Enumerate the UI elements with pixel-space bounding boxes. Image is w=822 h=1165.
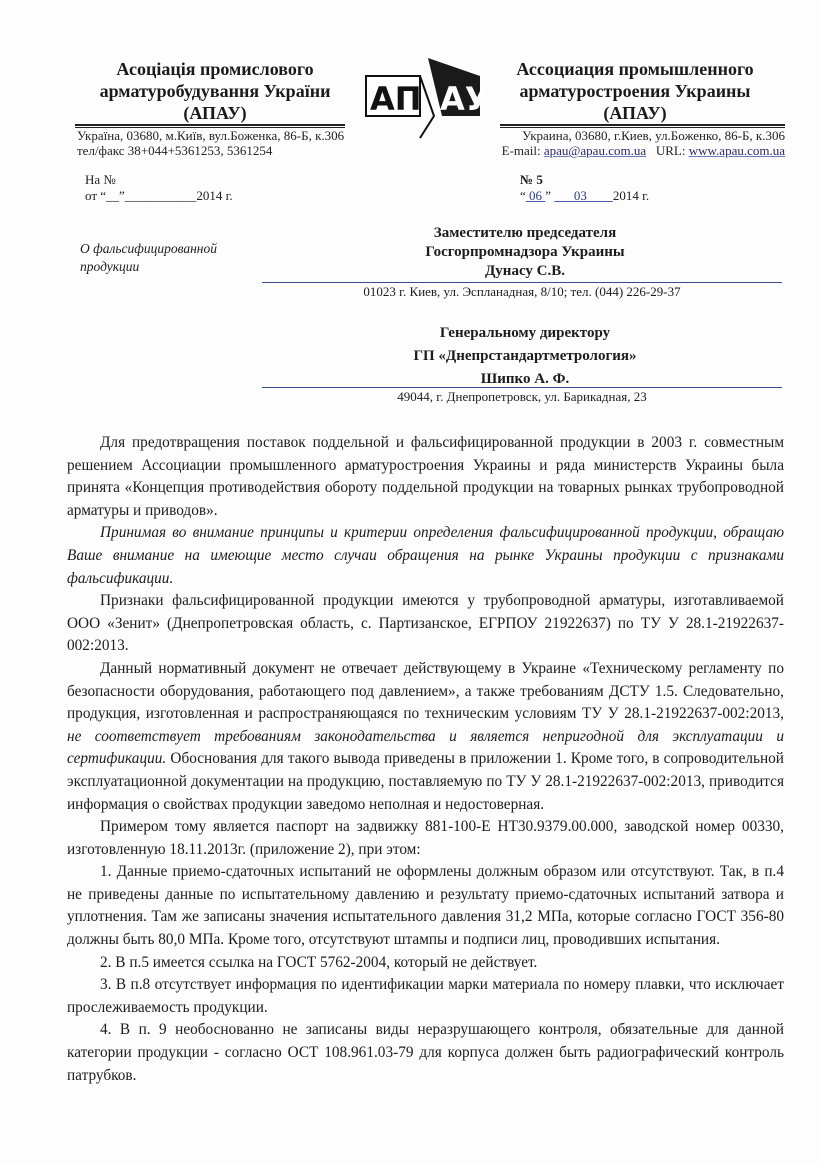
- address-line: Україна, 03680, м.Київ, вул.Боженка, 86-…: [77, 128, 407, 143]
- date-day: 06: [526, 188, 546, 203]
- svg-text:АУ: АУ: [440, 80, 482, 118]
- org-name-abbr: (АПАУ): [485, 102, 785, 124]
- addressee-2-address: 49044, г. Днепропетровск, ул. Барикадная…: [262, 389, 782, 404]
- body-paragraph: Для предотвращения поставок поддельной и…: [67, 432, 784, 522]
- org-name-line: Ассоциация промышленного: [485, 58, 785, 80]
- addressee-position: Заместителю председателя: [300, 224, 750, 243]
- addressee-organization: Госгорпромнадзора Украины: [300, 243, 750, 262]
- letter-subject: О фальсифицированной продукции: [80, 240, 260, 276]
- org-name-ukrainian: Асоціація промислового арматуробудування…: [60, 58, 370, 124]
- body-paragraph: Принимая во внимание принципы и критерии…: [67, 522, 784, 590]
- addressee-1: Заместителю председателя Госгорпромнадзо…: [300, 224, 750, 281]
- org-name-russian: Ассоциация промышленного арматуростроени…: [485, 58, 785, 124]
- phone-line: тел/факс 38+044+5361253, 5361254: [77, 143, 407, 158]
- addressee-1-address: 01023 г. Киев, ул. Эспланадная, 8/10; те…: [262, 284, 782, 299]
- incoming-date: от “__”___________2014 г.: [85, 188, 233, 204]
- addressee-position: Генеральному директору: [300, 322, 750, 345]
- body-paragraph: Данный нормативный документ не отвечает …: [67, 658, 784, 816]
- incoming-reference: На № от “__”___________2014 г.: [85, 172, 233, 204]
- outgoing-reference: № 5 “ 06 ” 03 2014 г.: [520, 172, 649, 204]
- outgoing-date: “ 06 ” 03 2014 г.: [520, 188, 649, 204]
- org-address-russian: Украина, 03680, г.Киев, ул.Боженко, 86-Б…: [480, 128, 785, 158]
- finding-item: 4. В п. 9 необоснованно не записаны виды…: [67, 1019, 784, 1087]
- outgoing-number: № 5: [520, 172, 649, 188]
- url-label: URL:: [656, 143, 686, 158]
- body-paragraph: Признаки фальсифицированной продукции им…: [67, 590, 784, 658]
- url-link[interactable]: www.apau.com.ua: [689, 143, 785, 158]
- incoming-number-label: На №: [85, 172, 233, 188]
- apau-logo: АП АУ: [362, 58, 482, 158]
- letter-body: Для предотвращения поставок поддельной и…: [67, 432, 784, 1087]
- org-name-line: арматуростроения Украины: [485, 80, 785, 102]
- addressee-2-divider: [262, 387, 782, 388]
- svg-text:АП: АП: [370, 80, 422, 118]
- org-name-line: арматуробудування України: [60, 80, 370, 102]
- address-line: Украина, 03680, г.Киев, ул.Боженко, 86-Б…: [480, 128, 785, 143]
- logo-icon: АП АУ: [362, 58, 482, 158]
- date-month: 03: [554, 188, 613, 203]
- contact-line: E-mail: apau@apau.com.ua URL: www.apau.c…: [480, 143, 785, 158]
- addressee-1-divider: [262, 282, 782, 283]
- finding-item: 3. В п.8 отсутствует информация по идент…: [67, 974, 784, 1019]
- org-name-line: Асоціація промислового: [60, 58, 370, 80]
- org-name-abbr: (АПАУ): [60, 102, 370, 124]
- addressee-person: Дунасу С.В.: [300, 262, 750, 281]
- finding-item: 2. В п.5 имеется ссылка на ГОСТ 5762-200…: [67, 952, 784, 975]
- addressee-2: Генеральному директору ГП «Днепрстандарт…: [300, 322, 750, 391]
- email-label: E-mail:: [502, 143, 541, 158]
- finding-item: 1. Данные приемо-сдаточных испытаний не …: [67, 861, 784, 951]
- body-paragraph: Примером тому является паспорт на задвиж…: [67, 816, 784, 861]
- addressee-organization: ГП «Днепрстандартметрология»: [300, 345, 750, 368]
- org-address-ukrainian: Україна, 03680, м.Київ, вул.Боженка, 86-…: [77, 128, 407, 158]
- email-link[interactable]: apau@apau.com.ua: [544, 143, 646, 158]
